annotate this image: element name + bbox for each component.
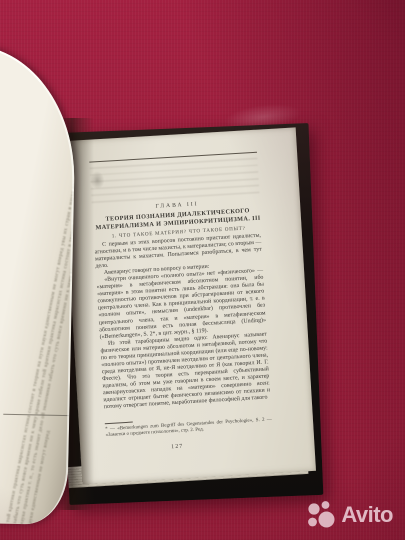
book-left-page-curled: той критики практика марксистах истина с…: [0, 45, 77, 525]
footnote-separator-rule: [105, 422, 133, 425]
avito-watermark-text: Avito: [341, 504, 393, 526]
book-right-page: ГЛАВА III ТЕОРИЯ ПОЗНАНИЯ ДИАЛЕКТИЧЕСКОГ…: [62, 127, 316, 484]
ink-show-through: [90, 158, 260, 204]
photo-scene: ГЛАВА III ТЕОРИЯ ПОЗНАНИЯ ДИАЛЕКТИЧЕСКОГ…: [0, 0, 405, 540]
page-number: 127: [80, 438, 274, 455]
page-body-text: С первым из этих вопросов постоянно прис…: [94, 233, 271, 412]
avito-logo-icon: [306, 500, 336, 529]
paragraph: «Внутри очищенного «полного опыта» нет «…: [96, 268, 266, 341]
left-page-blurred-text: той критики практика марксистах истина с…: [5, 61, 77, 525]
avito-watermark: Avito: [306, 500, 393, 529]
paragraph: Из этой тарабарщины видно одно: Авенариу…: [100, 331, 271, 411]
